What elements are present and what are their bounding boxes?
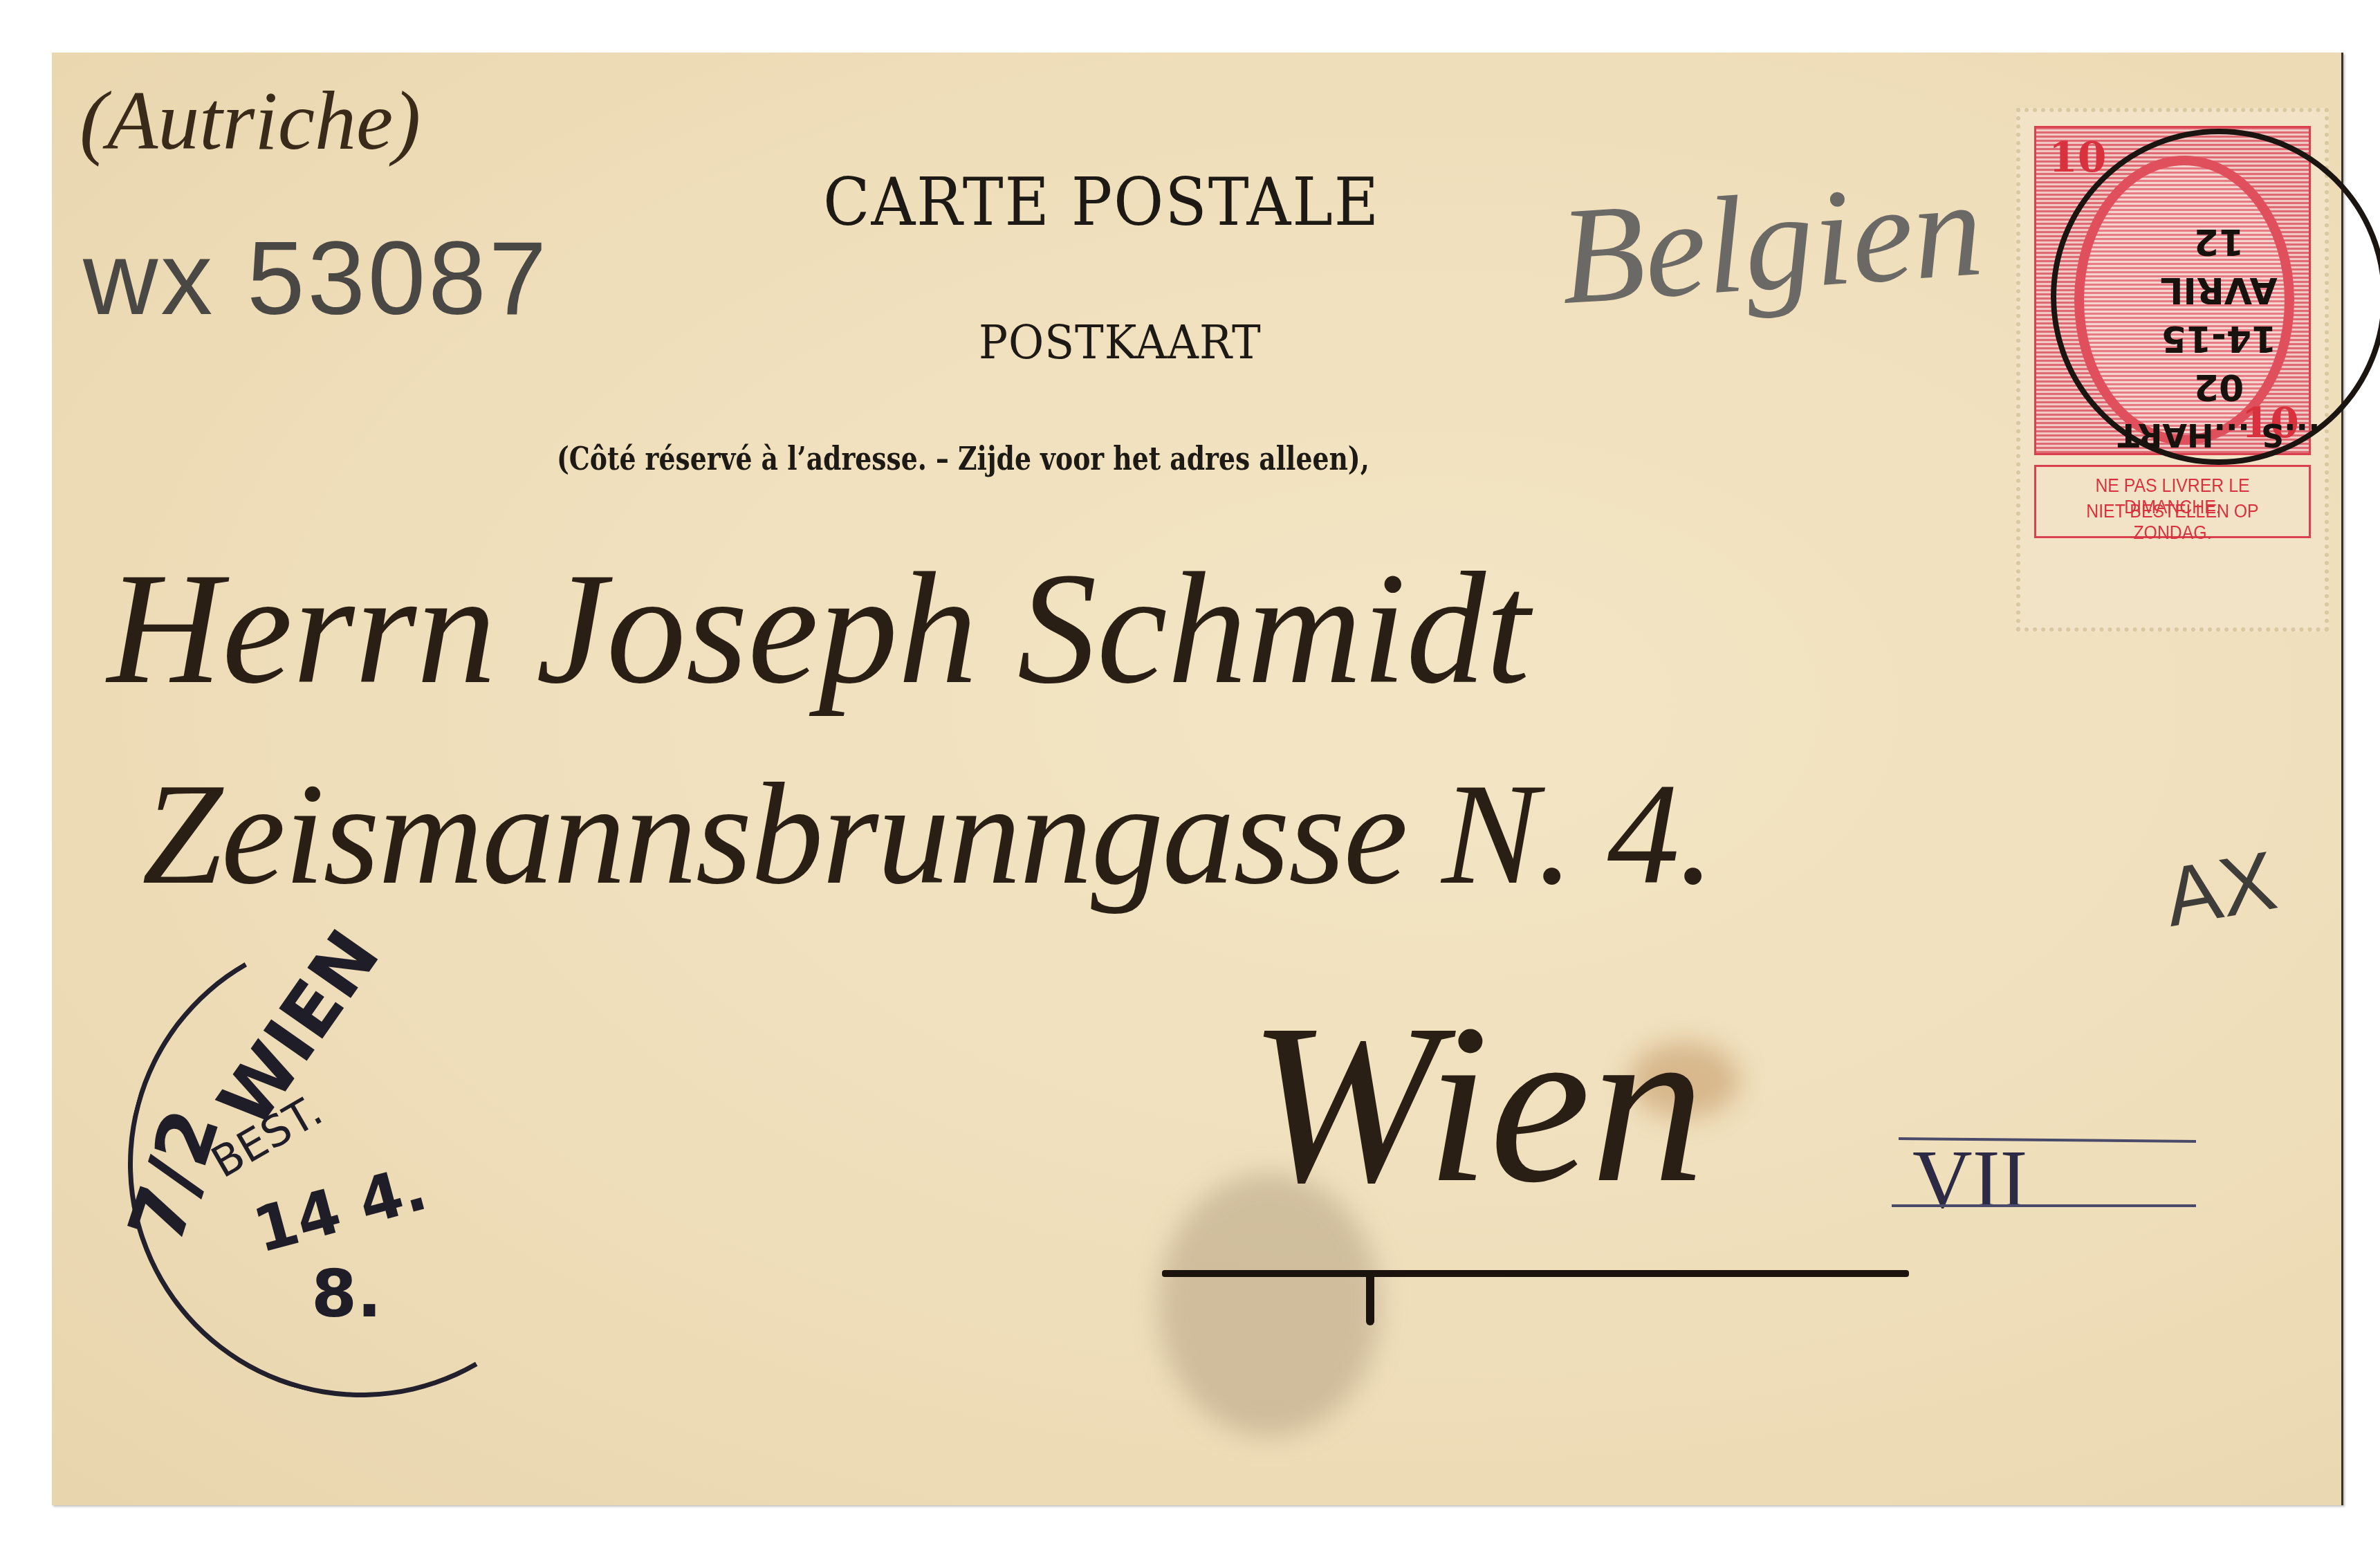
stamp-label-nl: NIET BESTELLEN OP ZONDAG.: [2045, 501, 2300, 544]
corner-pencil-mark: AX: [2157, 832, 2283, 946]
country-note: (Autriche): [80, 73, 421, 169]
recipient-street: Zeismannsbrunngasse N. 4.: [142, 751, 1713, 918]
arrival-postmark-time: 8.: [311, 1256, 382, 1332]
inventory-number: wx 53087: [83, 219, 549, 338]
departure-postmark: ...S ...HART 02 14-15 AVRIL 12: [2051, 129, 2380, 465]
recipient-name: Herrn Joseph Schmidt: [107, 537, 1530, 720]
country-pencil-note: Belgien: [1555, 149, 1987, 336]
card-subtitle: POSTKAART: [979, 315, 1262, 370]
stamp-value-top: 10: [2049, 134, 2107, 182]
address-side-notice: (Côté réservé à l’adresse. – Zijde voor …: [557, 440, 1369, 477]
departure-postmark-text: ...S ...HART 02 14-15 AVRIL 12: [2056, 217, 2380, 459]
card-title: CARTE POSTALE: [823, 163, 1380, 241]
city-underline: [1162, 1270, 1909, 1277]
district-rule-bottom: [1892, 1204, 2196, 1207]
city-underline-flourish: [1366, 1277, 1374, 1325]
postcard: CARTE POSTALE POSTKAART (Côté réservé à …: [52, 53, 2343, 1505]
recipient-city: Wien: [1248, 973, 1705, 1235]
recipient-district: VII: [1912, 1132, 2028, 1227]
